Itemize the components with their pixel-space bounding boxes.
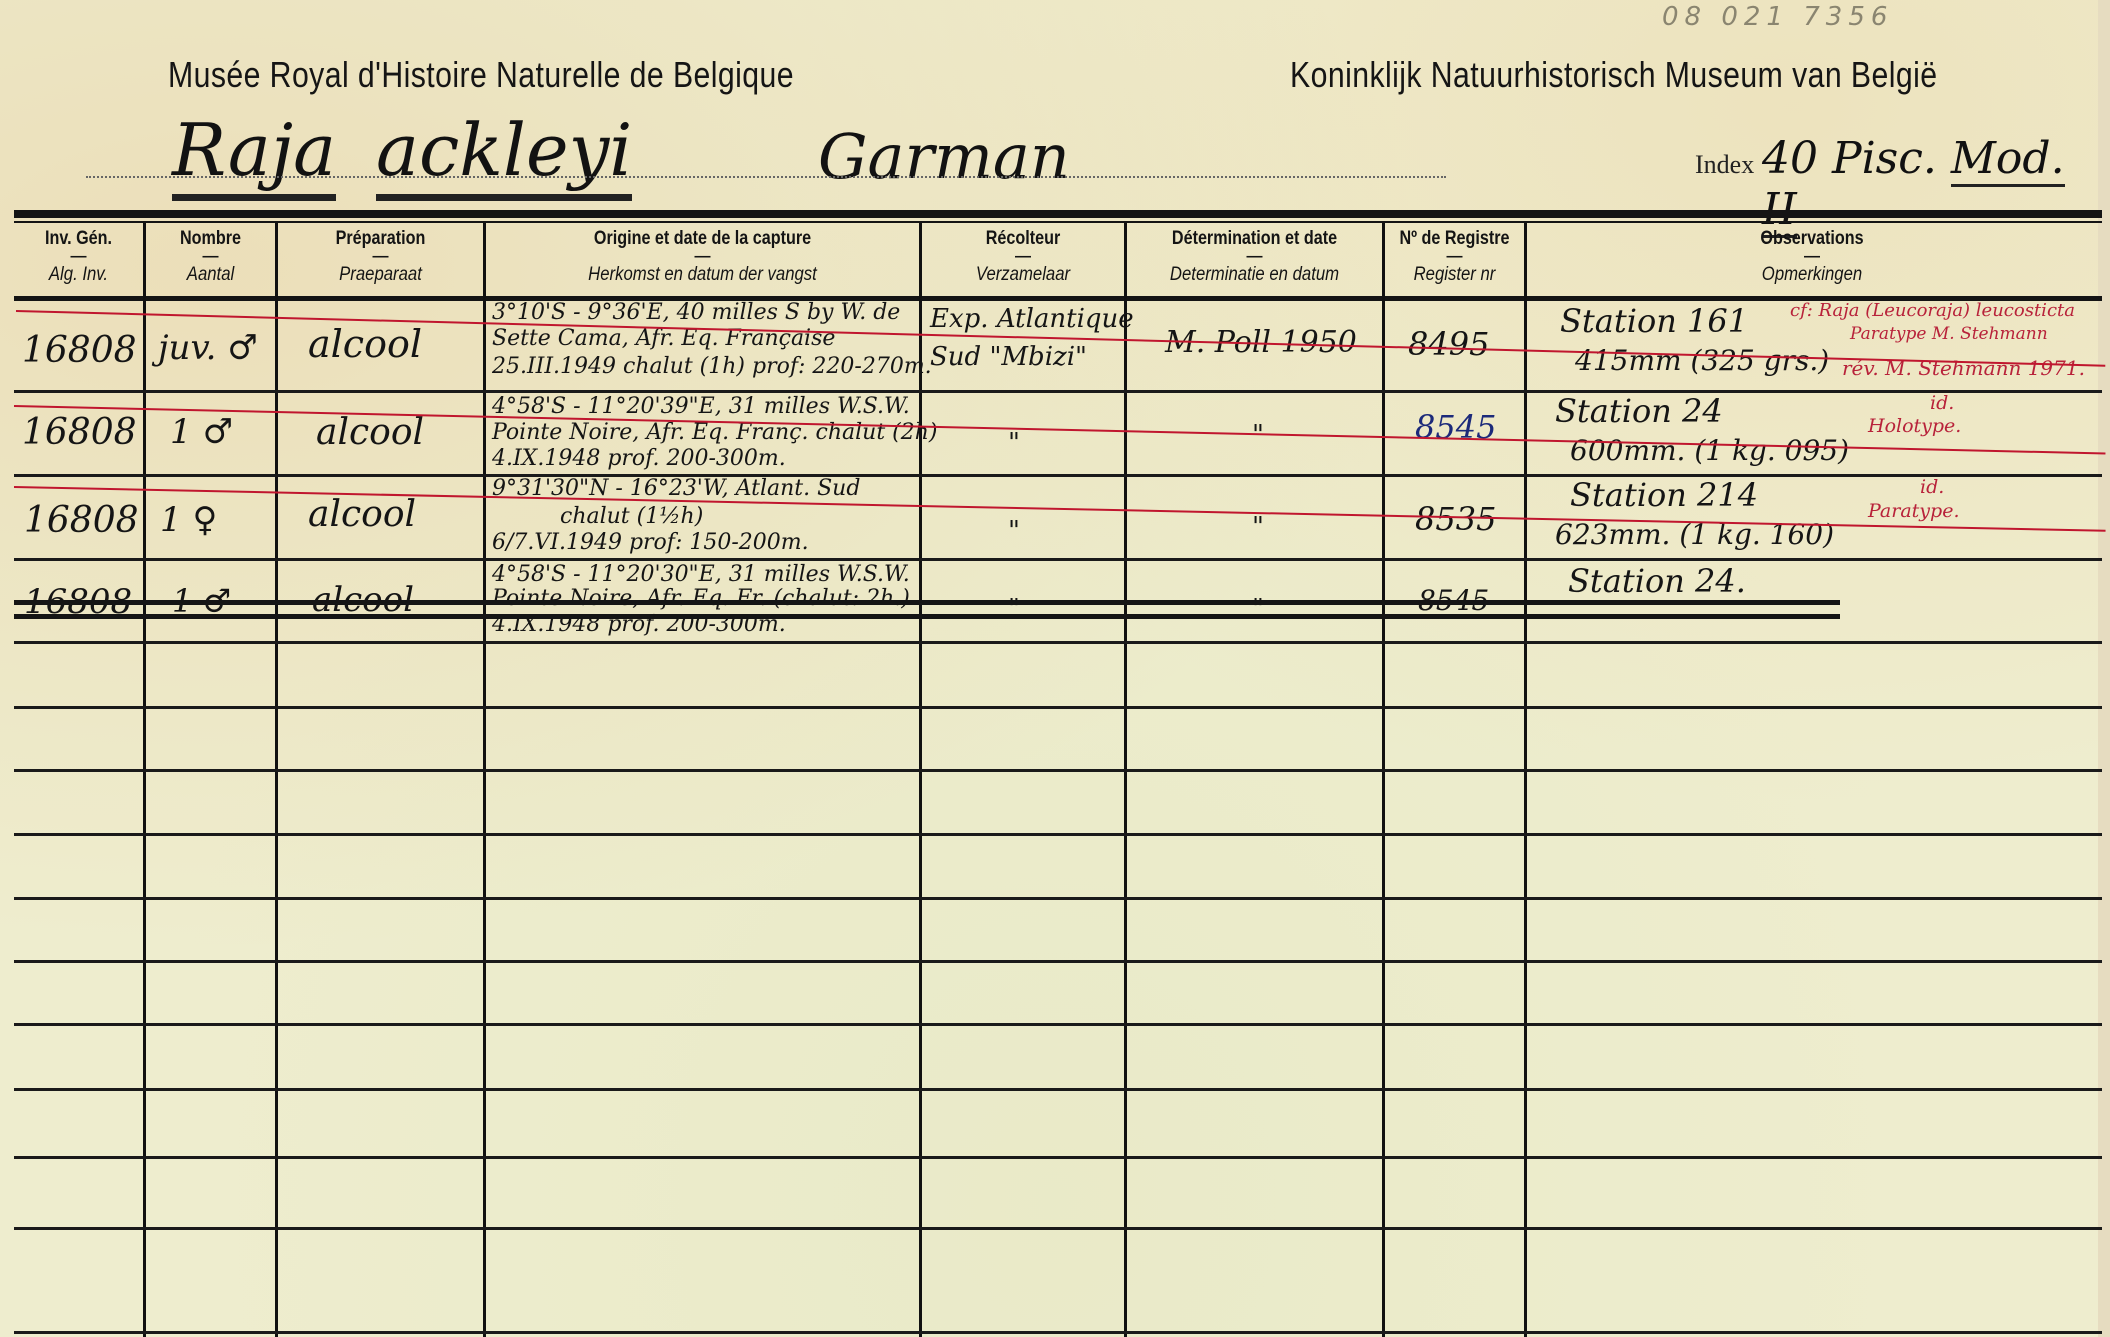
- column-header-preparation: Préparation — Praeparaat: [278, 228, 483, 286]
- species-name: Rajaackleyi: [172, 108, 672, 201]
- red-annotation: Holotype.: [1868, 415, 1961, 437]
- cell-recolteur-ditto: ": [1008, 428, 1020, 458]
- cell-observation-line: Station 161: [1560, 302, 1748, 340]
- header-dash: —: [1127, 250, 1382, 264]
- cell-observation-line: Station 24: [1555, 392, 1723, 430]
- genus: Raja: [172, 108, 336, 201]
- cell-recolteur-ditto: ": [1008, 594, 1020, 624]
- cell-determination-ditto: ": [1252, 512, 1264, 542]
- black-strikethrough-line: [14, 614, 1840, 619]
- red-annotation: Paratype.: [1868, 500, 1959, 522]
- header-label-fr: Récolteur: [937, 228, 1109, 250]
- index-prefix: 40 Pisc.: [1762, 133, 1951, 184]
- cell-registre: 8535: [1415, 500, 1496, 538]
- header-label-nl: Register nr: [1393, 264, 1515, 286]
- red-annotation: cf: Raja (Leucoraja) leucosticta: [1790, 300, 2075, 321]
- header-label-fr: Origine et date de la capture: [518, 228, 886, 250]
- row-line: [14, 641, 2102, 644]
- red-annotation: id.: [1930, 392, 1954, 414]
- cell-origine-line: 4°58'S - 11°20'39"E, 31 milles W.S.W.: [492, 394, 910, 420]
- header-label-fr: Préparation: [293, 228, 467, 250]
- cell-origine-line: Pointe Noire, Afr. Eq. Fr. (chalut: 2h.): [492, 586, 910, 612]
- cell-determination-ditto: ": [1252, 594, 1264, 624]
- column-header-recolteur: Récolteur — Verzamelaar: [922, 228, 1124, 286]
- museum-name-french: Musée Royal d'Histoire Naturelle de Belg…: [168, 54, 794, 96]
- header-label-fr: Détermination et date: [1146, 228, 1363, 250]
- cell-origine-line: 3°10'S - 9°36'E, 40 milles S by W. de: [492, 300, 900, 326]
- row-line: [14, 1156, 2102, 1159]
- row-line: [14, 1331, 2102, 1334]
- cell-recolteur-line: Exp. Atlantique: [930, 306, 1134, 332]
- cell-registre: 8495: [1408, 325, 1489, 363]
- cell-preparation: alcool: [308, 322, 422, 366]
- catalog-stamp-number: 08 021 7356: [1662, 2, 1893, 32]
- red-annotation: id.: [1920, 476, 1944, 498]
- header-dash: —: [14, 250, 143, 264]
- header-label-fr: Inv. Gén.: [24, 228, 134, 250]
- cell-origine-line: 6/7.VI.1949 prof: 150-200m.: [492, 530, 809, 556]
- cell-origine-line: 4°58'S - 11°20'30"E, 31 milles W.S.W.: [492, 562, 910, 588]
- row-line: [14, 390, 2102, 393]
- cell-inv: 16808: [22, 412, 137, 453]
- header-dash: —: [146, 250, 275, 264]
- column-header-rule: [14, 296, 2102, 301]
- cell-observation-line: Station 214: [1570, 476, 1758, 514]
- row-line: [14, 833, 2102, 836]
- header-label-nl: Determinatie en datum: [1142, 264, 1366, 286]
- column-header-observations: Observations — Opmerkingen: [1527, 228, 2097, 286]
- cell-nombre: juv. ♂: [158, 328, 258, 368]
- red-annotation: Paratype M. Stehmann: [1850, 324, 2048, 344]
- cell-origine-line: 25.III.1949 chalut (1h) prof: 220-270m.: [492, 354, 932, 380]
- cell-nombre: 1 ♀: [160, 500, 217, 540]
- museum-name-dutch: Koninklijk Natuurhistorisch Museum van B…: [1290, 54, 1938, 96]
- header-label-nl: Opmerkingen: [1561, 264, 2063, 286]
- row-line: [14, 558, 2102, 561]
- header-label-nl: Aantal: [154, 264, 268, 286]
- header-label-nl: Alg. Inv.: [22, 264, 136, 286]
- cell-observation-line: Station 24.: [1568, 562, 1746, 600]
- header-dash: —: [278, 250, 483, 264]
- row-line: [14, 1023, 2102, 1026]
- title-dotted-line: [86, 176, 1446, 178]
- black-strikethrough-line: [14, 600, 1840, 605]
- header-label-fr: Nombre: [156, 228, 266, 250]
- header-dash: —: [1385, 250, 1524, 264]
- cell-preparation: alcool: [308, 494, 416, 535]
- cell-inv: 16808: [22, 330, 137, 371]
- row-line: [14, 897, 2102, 900]
- header-rule-thick: [14, 210, 2102, 218]
- cell-nombre: 1 ♂: [170, 412, 233, 452]
- header-label-fr: Observations: [1570, 228, 2055, 250]
- row-line: [14, 706, 2102, 709]
- species-epithet: ackleyi: [376, 108, 632, 201]
- row-line: [14, 1088, 2102, 1091]
- header-dash: —: [486, 250, 919, 264]
- row-line: [14, 769, 2102, 772]
- index-label: Index: [1695, 150, 1754, 180]
- cell-recolteur-ditto: ": [1008, 516, 1020, 546]
- header-label-nl: Verzamelaar: [934, 264, 1112, 286]
- header-label-nl: Praeparaat: [290, 264, 470, 286]
- cell-preparation: alcool: [316, 412, 424, 453]
- column-header-origine: Origine et date de la capture — Herkomst…: [486, 228, 919, 286]
- catalog-card: 08 021 7356 Musée Royal d'Histoire Natur…: [0, 0, 2110, 1337]
- row-line: [14, 1227, 2102, 1230]
- cell-observation-line: 600mm. (1 kg. 095): [1570, 434, 1849, 467]
- row-line: [14, 960, 2102, 963]
- header-dash: —: [1527, 250, 2097, 264]
- column-header-inv: Inv. Gén. — Alg. Inv.: [14, 228, 143, 286]
- cell-inv: 16808: [24, 500, 139, 541]
- row-line: [14, 474, 2102, 477]
- index-value: 40 Pisc. Mod. II: [1762, 133, 2110, 235]
- species-author: Garman: [818, 120, 1070, 193]
- header-rule-thin: [14, 221, 2102, 223]
- column-header-registre: Nº de Registre — Register nr: [1385, 228, 1524, 286]
- header-label-nl: Herkomst en datum der vangst: [512, 264, 893, 286]
- header-label-fr: Nº de Registre: [1395, 228, 1513, 250]
- cell-origine-line: 4.IX.1948 prof. 200-300m.: [492, 446, 786, 472]
- column-header-nombre: Nombre — Aantal: [146, 228, 275, 286]
- cell-recolteur-line: Sud "Mbizi": [930, 344, 1087, 370]
- cell-observation-line: 415mm (325 grs.): [1575, 344, 1829, 377]
- header-dash: —: [922, 250, 1124, 264]
- column-header-determination: Détermination et date — Determinatie en …: [1127, 228, 1382, 286]
- cell-origine-line: chalut (1½h): [560, 504, 703, 530]
